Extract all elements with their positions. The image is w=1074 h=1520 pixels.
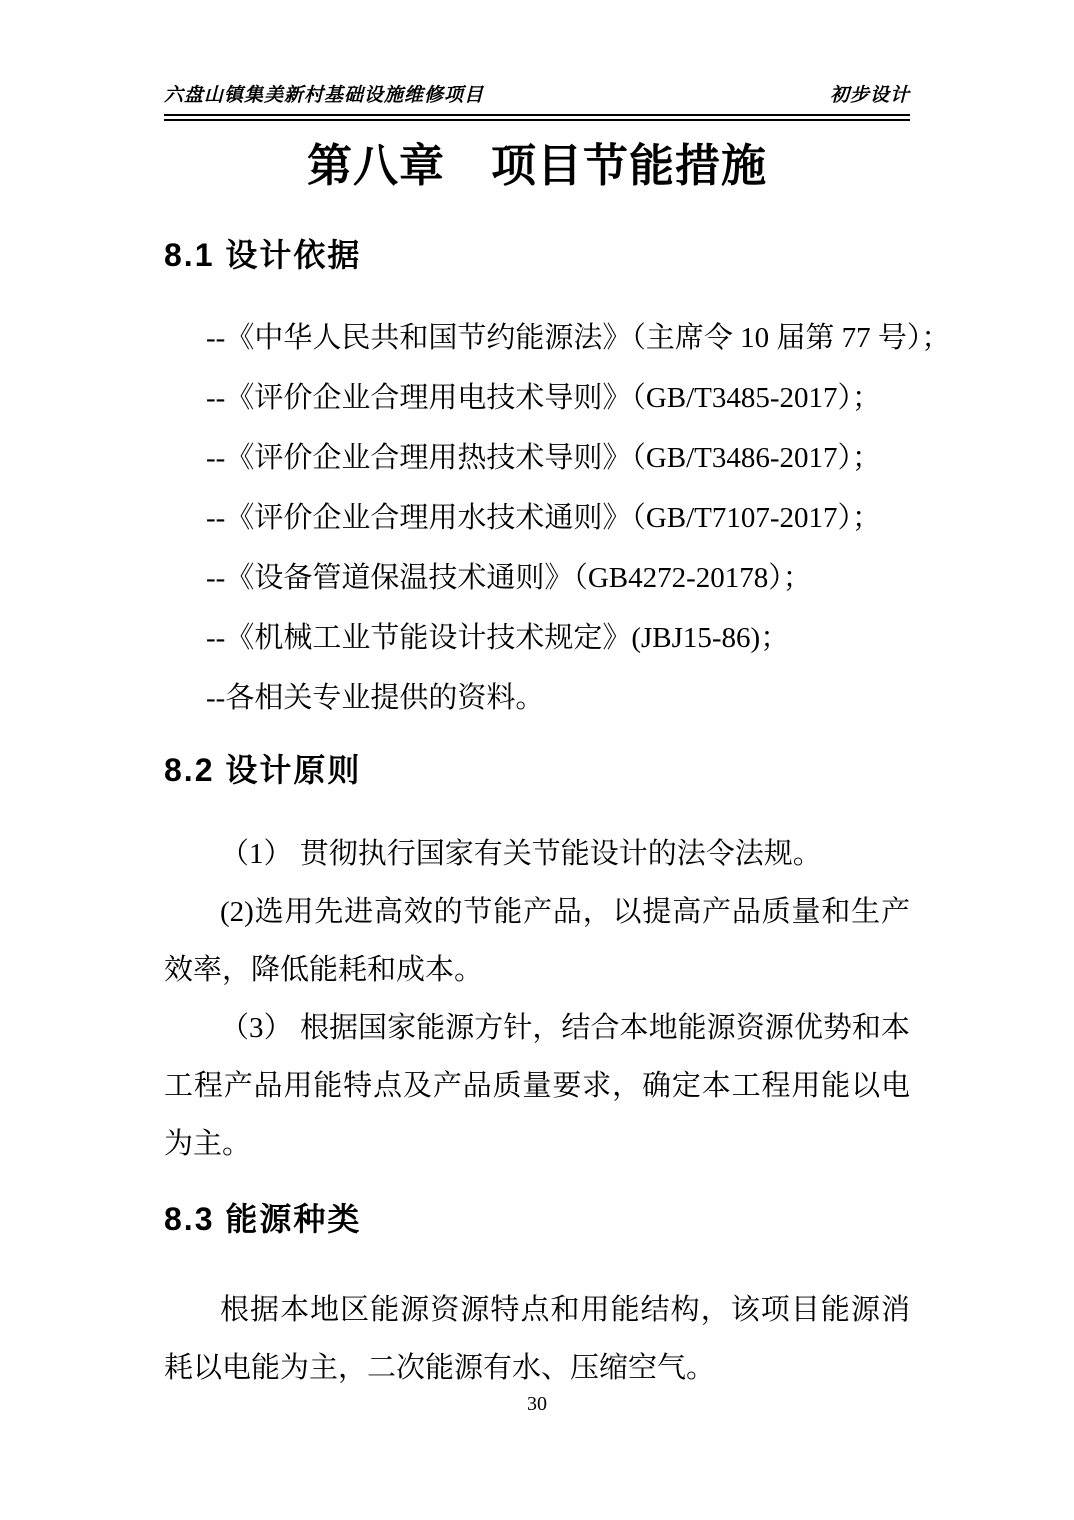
page-header: 六盘山镇集美新村基础设施维修项目 初步设计 (164, 0, 910, 108)
section-8-2-body: （1） 贯彻执行国家有关节能设计的法令法规。 (2)选用先进高效的节能产品，以提… (164, 825, 910, 1173)
reference-item: --《评价企业合理用水技术通则》（GB/T7107-2017）； (164, 488, 910, 548)
energy-types-paragraph: 根据本地区能源资源特点和用能结构，该项目能源消耗以电能为主，二次能源有水、压缩空… (164, 1281, 910, 1397)
section-8-3-body: 根据本地区能源资源特点和用能结构，该项目能源消耗以电能为主，二次能源有水、压缩空… (164, 1281, 910, 1397)
reference-item: --《评价企业合理用电技术导则》（GB/T3485-2017）； (164, 368, 910, 428)
design-principle-paragraph: (2)选用先进高效的节能产品，以提高产品质量和生产效率，降低能耗和成本。 (164, 883, 910, 999)
reference-list: --《中华人民共和国节约能源法》（主席令 10 届第 77 号）； --《评价企… (164, 308, 910, 728)
reference-item: --《设备管道保温技术通则》（GB4272-20178）； (164, 548, 910, 608)
reference-item: --各相关专业提供的资料。 (164, 668, 910, 728)
reference-item: --《评价企业合理用热技术导则》（GB/T3486-2017）； (164, 428, 910, 488)
section-heading-8-1: 8.1 设计依据 (164, 239, 910, 272)
header-double-rule (164, 114, 910, 121)
design-principle-paragraph: （1） 贯彻执行国家有关节能设计的法令法规。 (164, 825, 910, 883)
reference-item: --《机械工业节能设计技术规定》(JBJ15-86)； (164, 608, 910, 668)
page-number: 30 (527, 1393, 547, 1415)
document-page: 六盘山镇集美新村基础设施维修项目 初步设计 第八章 项目节能措施 8.1 设计依… (0, 0, 1074, 1520)
section-heading-8-3: 8.3 能源种类 (164, 1203, 910, 1236)
design-principle-paragraph: （3） 根据国家能源方针，结合本地能源资源优势和本工程产品用能特点及产品质量要求… (164, 999, 910, 1173)
chapter-title: 第八章 项目节能措施 (164, 142, 910, 190)
header-project-title: 六盘山镇集美新村基础设施维修项目 (164, 84, 484, 108)
reference-item: --《中华人民共和国节约能源法》（主席令 10 届第 77 号）； (164, 308, 910, 368)
section-heading-8-2: 8.2 设计原则 (164, 754, 910, 787)
page-footer: 30 (0, 1392, 1074, 1416)
header-doc-stage: 初步设计 (830, 84, 910, 108)
